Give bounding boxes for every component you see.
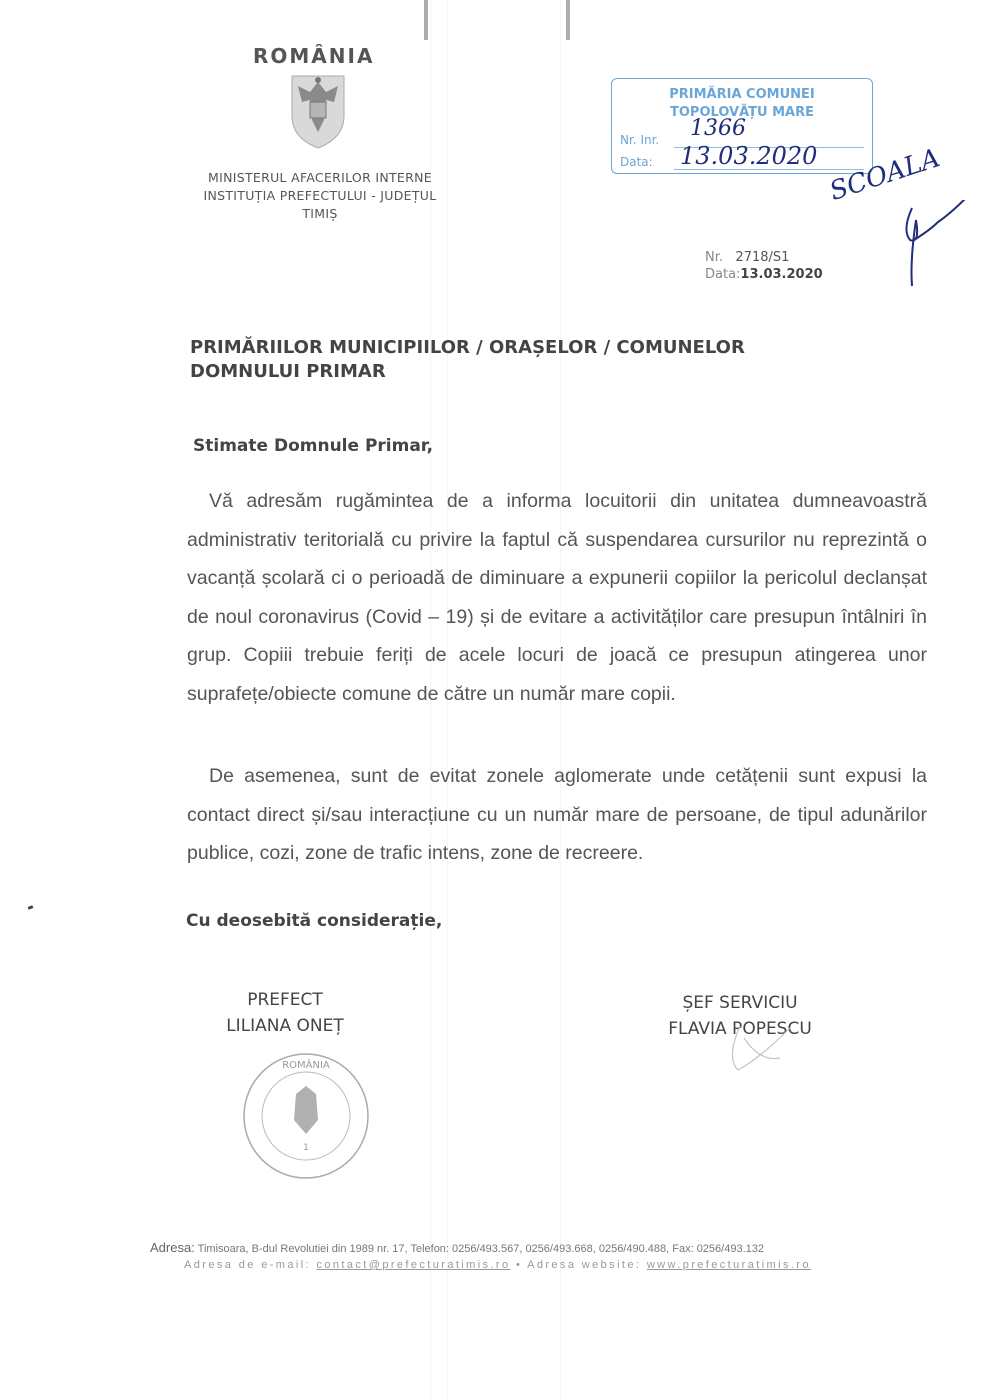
signatory-title: PREFECT xyxy=(200,987,370,1013)
stamp-nr-label: Nr. Inr. xyxy=(620,133,659,147)
footer-separator: • xyxy=(516,1259,522,1271)
scan-artifact xyxy=(566,0,570,40)
county-name: TIMIȘ xyxy=(170,206,470,221)
recipient: PRIMĂRIILOR MUNICIPIILOR / ORAȘELOR / CO… xyxy=(190,336,745,384)
reference-date-label: Data: xyxy=(705,267,740,282)
body-paragraph: De asemenea, sunt de evitat zonele aglom… xyxy=(187,757,927,873)
official-seal-icon: ROMÂNIA 1 xyxy=(240,1050,372,1182)
footer-address-text: Timisoara, B-dul Revolutiei din 1989 nr.… xyxy=(198,1243,764,1255)
footer-contact: Adresa de e-mail: contact@prefecturatimi… xyxy=(184,1259,811,1271)
closing: Cu deosebită considerație, xyxy=(186,911,442,931)
signature-scribble-icon xyxy=(720,1018,800,1078)
body-paragraph: Vă adresăm rugămintea de a informa locui… xyxy=(187,482,927,714)
signatory-name: LILIANA ONEȚ xyxy=(200,1013,370,1039)
stamp-title-line: PRIMĂRIA COMUNEI xyxy=(612,87,872,102)
seal-top-text: ROMÂNIA xyxy=(282,1058,330,1071)
handwritten-registration-date: 13.03.2020 xyxy=(680,142,817,170)
document-reference: Nr. 2718/S1 Data:13.03.2020 xyxy=(705,250,823,282)
footer-website-link[interactable]: www.prefecturatimis.ro xyxy=(647,1259,811,1271)
footer-email-link[interactable]: contact@prefecturatimis.ro xyxy=(316,1259,510,1271)
salutation: Stimate Domnule Primar, xyxy=(193,436,433,456)
footer-email-label: Adresa de e-mail: xyxy=(184,1259,311,1271)
stamp-date-label: Data: xyxy=(620,155,653,169)
reference-nr-value: 2718/S1 xyxy=(735,250,789,265)
footer-address: Adresa: Timisoara, B-dul Revolutiei din … xyxy=(150,1240,764,1255)
scan-artifact xyxy=(28,905,34,910)
seal-center-text: 1 xyxy=(303,1143,309,1153)
handwritten-registration-number: 1366 xyxy=(690,116,746,141)
header-country: ROMÂNIA xyxy=(253,44,374,68)
ministry-name: MINISTERUL AFACERILOR INTERNE xyxy=(170,170,470,185)
reference-date-value: 13.03.2020 xyxy=(740,267,822,282)
reference-nr-label: Nr. xyxy=(705,250,723,265)
institution-name: INSTITUȚIA PREFECTULUI - JUDEȚUL xyxy=(170,188,470,203)
recipient-line: PRIMĂRIILOR MUNICIPIILOR / ORAȘELOR / CO… xyxy=(190,336,745,360)
recipient-line: DOMNULUI PRIMAR xyxy=(190,360,745,384)
signatory-title: ȘEF SERVICIU xyxy=(640,990,840,1016)
romania-coat-of-arms-icon xyxy=(290,72,346,150)
signature-block-prefect: PREFECT LILIANA ONEȚ xyxy=(200,987,370,1039)
footer-website-label: Adresa website: xyxy=(527,1259,641,1271)
handwritten-signature-icon xyxy=(880,200,970,290)
footer-address-label: Adresa: xyxy=(150,1240,195,1255)
scan-artifact xyxy=(424,0,428,40)
